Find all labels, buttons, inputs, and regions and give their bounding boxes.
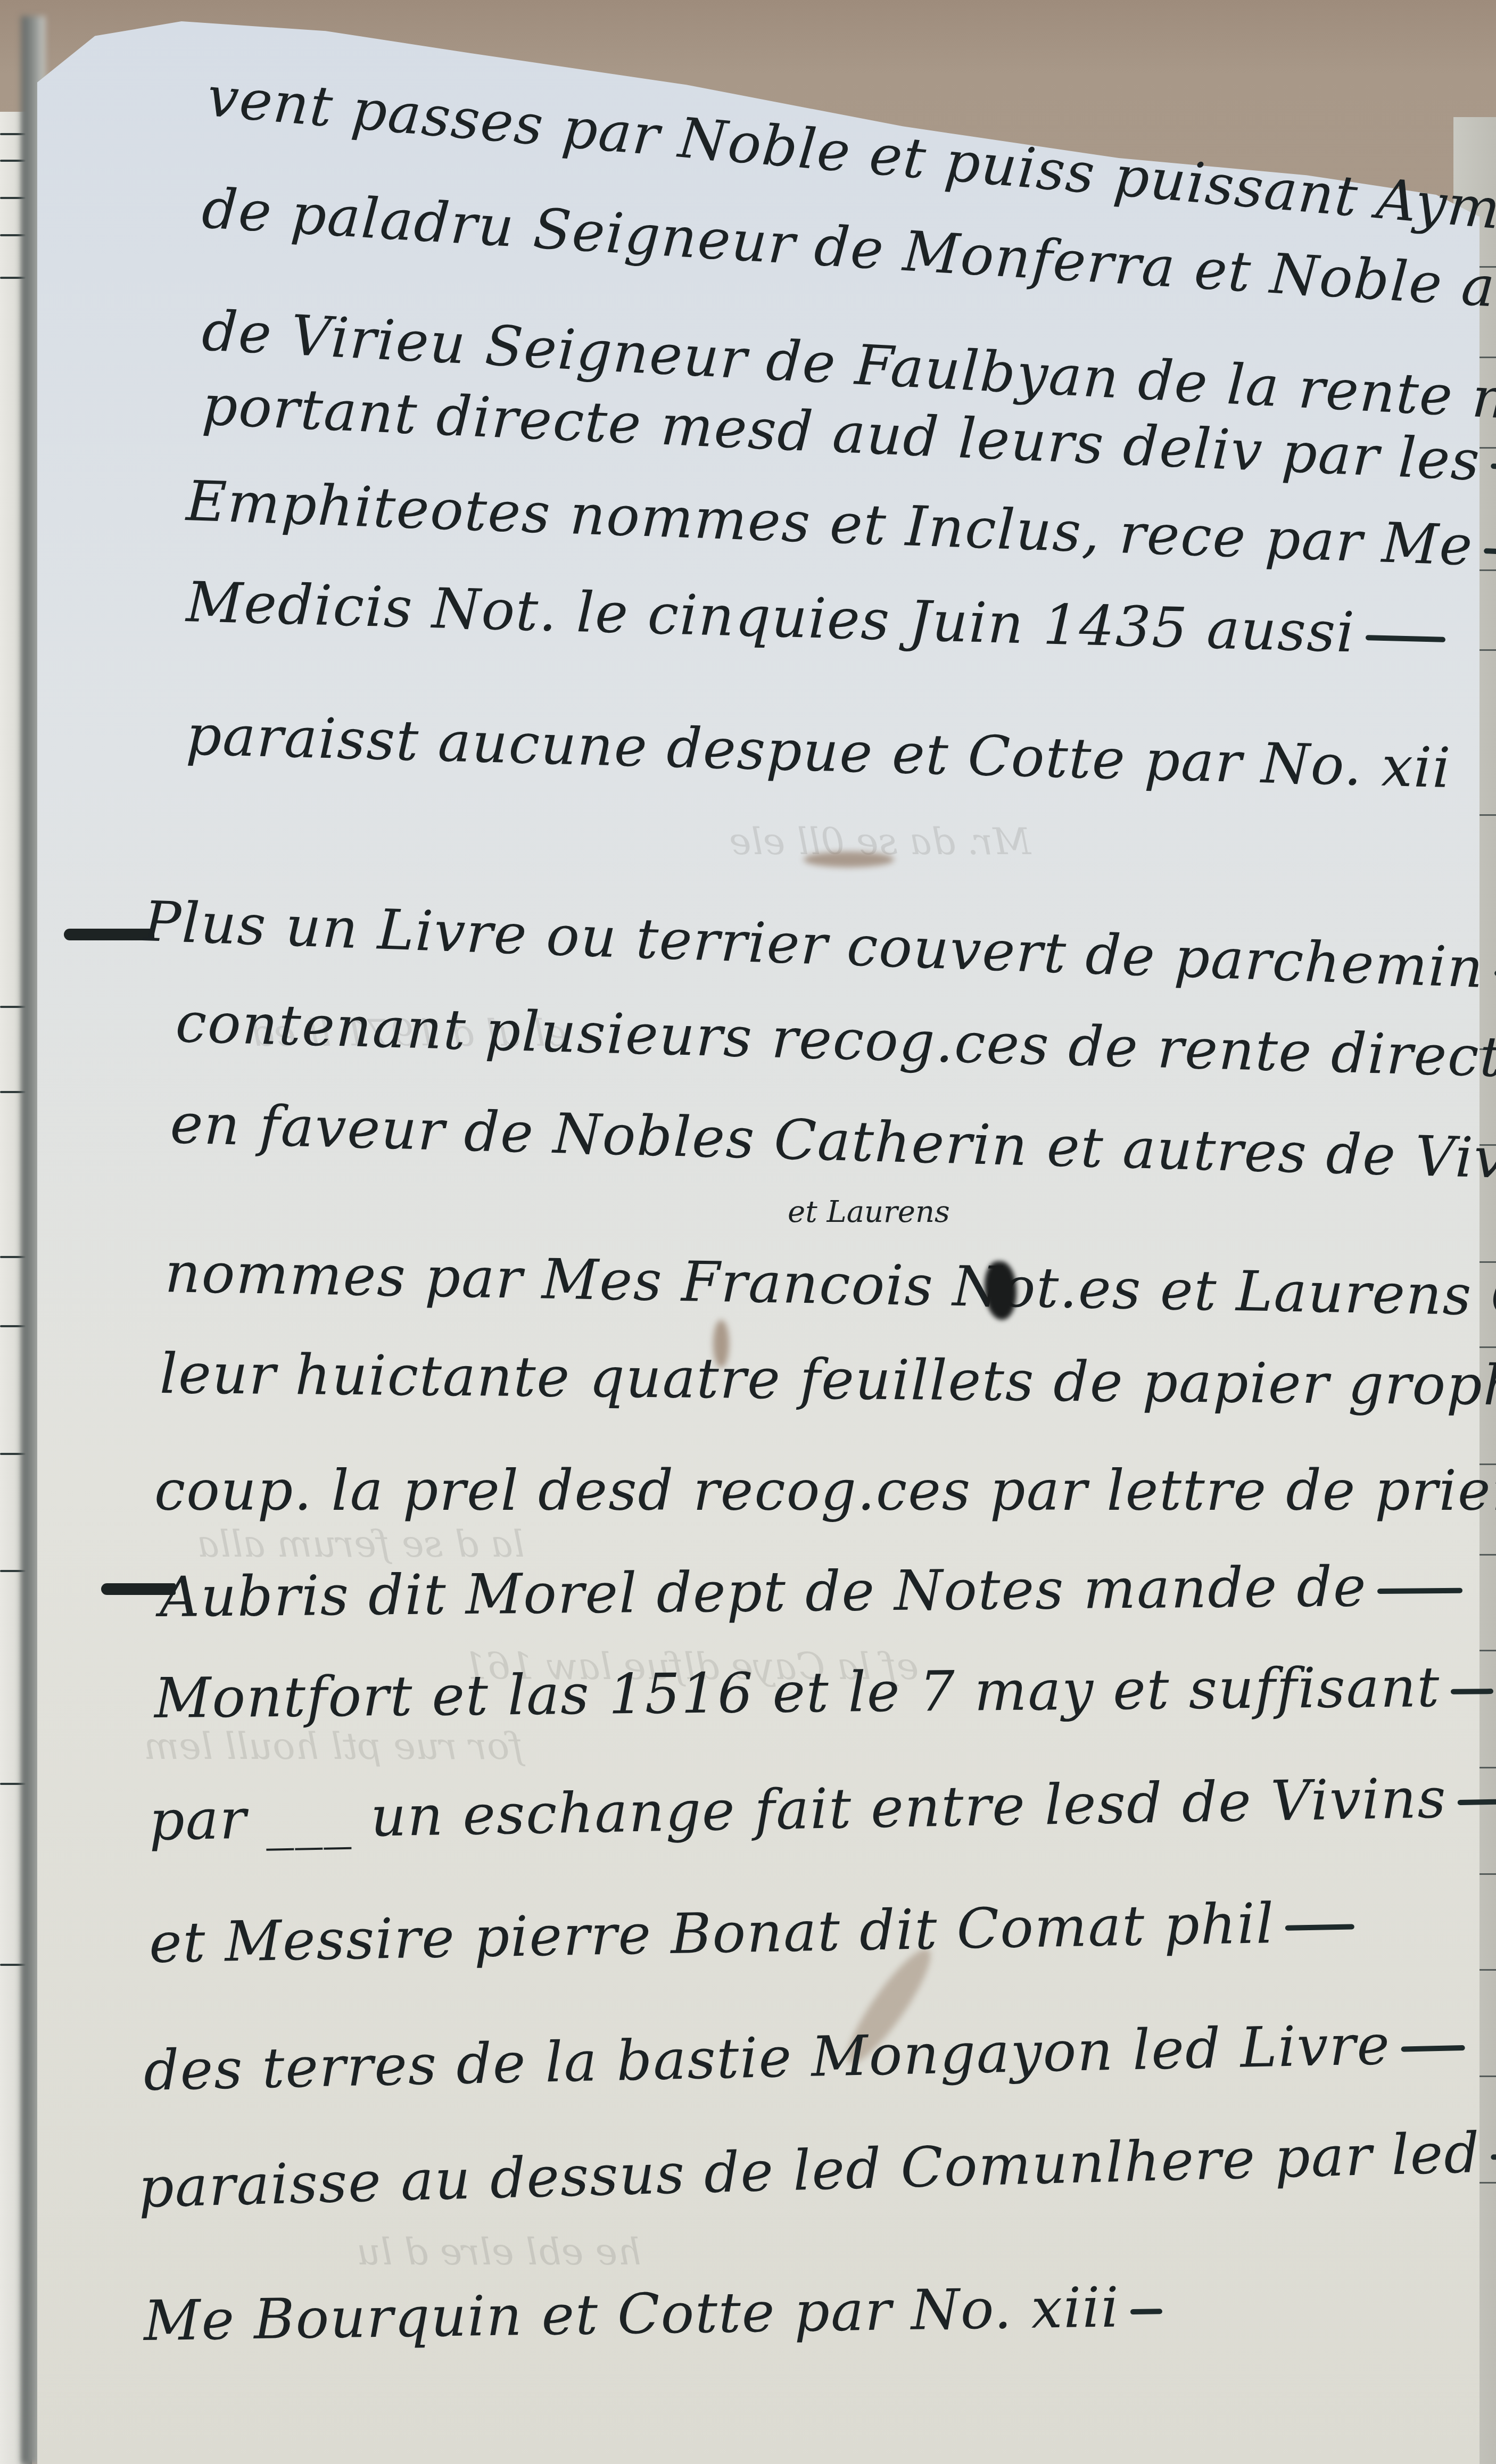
line-text: leur huictante quatre feuillets de papie… xyxy=(159,1341,1496,1418)
bleed-through-text: he ebl elre d lu xyxy=(357,2230,641,2273)
ink-stain xyxy=(804,851,894,867)
line-text: coup. la prel desd recog.ces par lettre … xyxy=(154,1458,1496,1523)
line-text: Montfort et las 1516 et le 7 may et suff… xyxy=(154,1655,1440,1731)
paragraph-mark xyxy=(64,929,154,940)
manuscript-line: coup. la prel desd recog.ces par lettre … xyxy=(154,1458,1496,1523)
manuscript-line: Aubris dit Morel dept de Notes mande de xyxy=(159,1553,1462,1630)
bleed-through-text: for rue ptl houll lem xyxy=(144,1724,523,1768)
line-text: Me Bourquin et Cotte par No. xiii xyxy=(143,2275,1120,2353)
bleed-through-text: la d se ferum alla xyxy=(197,1522,525,1566)
line-text: Aubris dit Morel dept de Notes mande de xyxy=(159,1554,1367,1630)
manuscript-line: leur huictante quatre feuillets de papie… xyxy=(159,1341,1496,1418)
interlinear-insertion: et Laurens xyxy=(788,1195,950,1229)
manuscript-line: Montfort et las 1516 et le 7 may et suff… xyxy=(154,1654,1493,1731)
